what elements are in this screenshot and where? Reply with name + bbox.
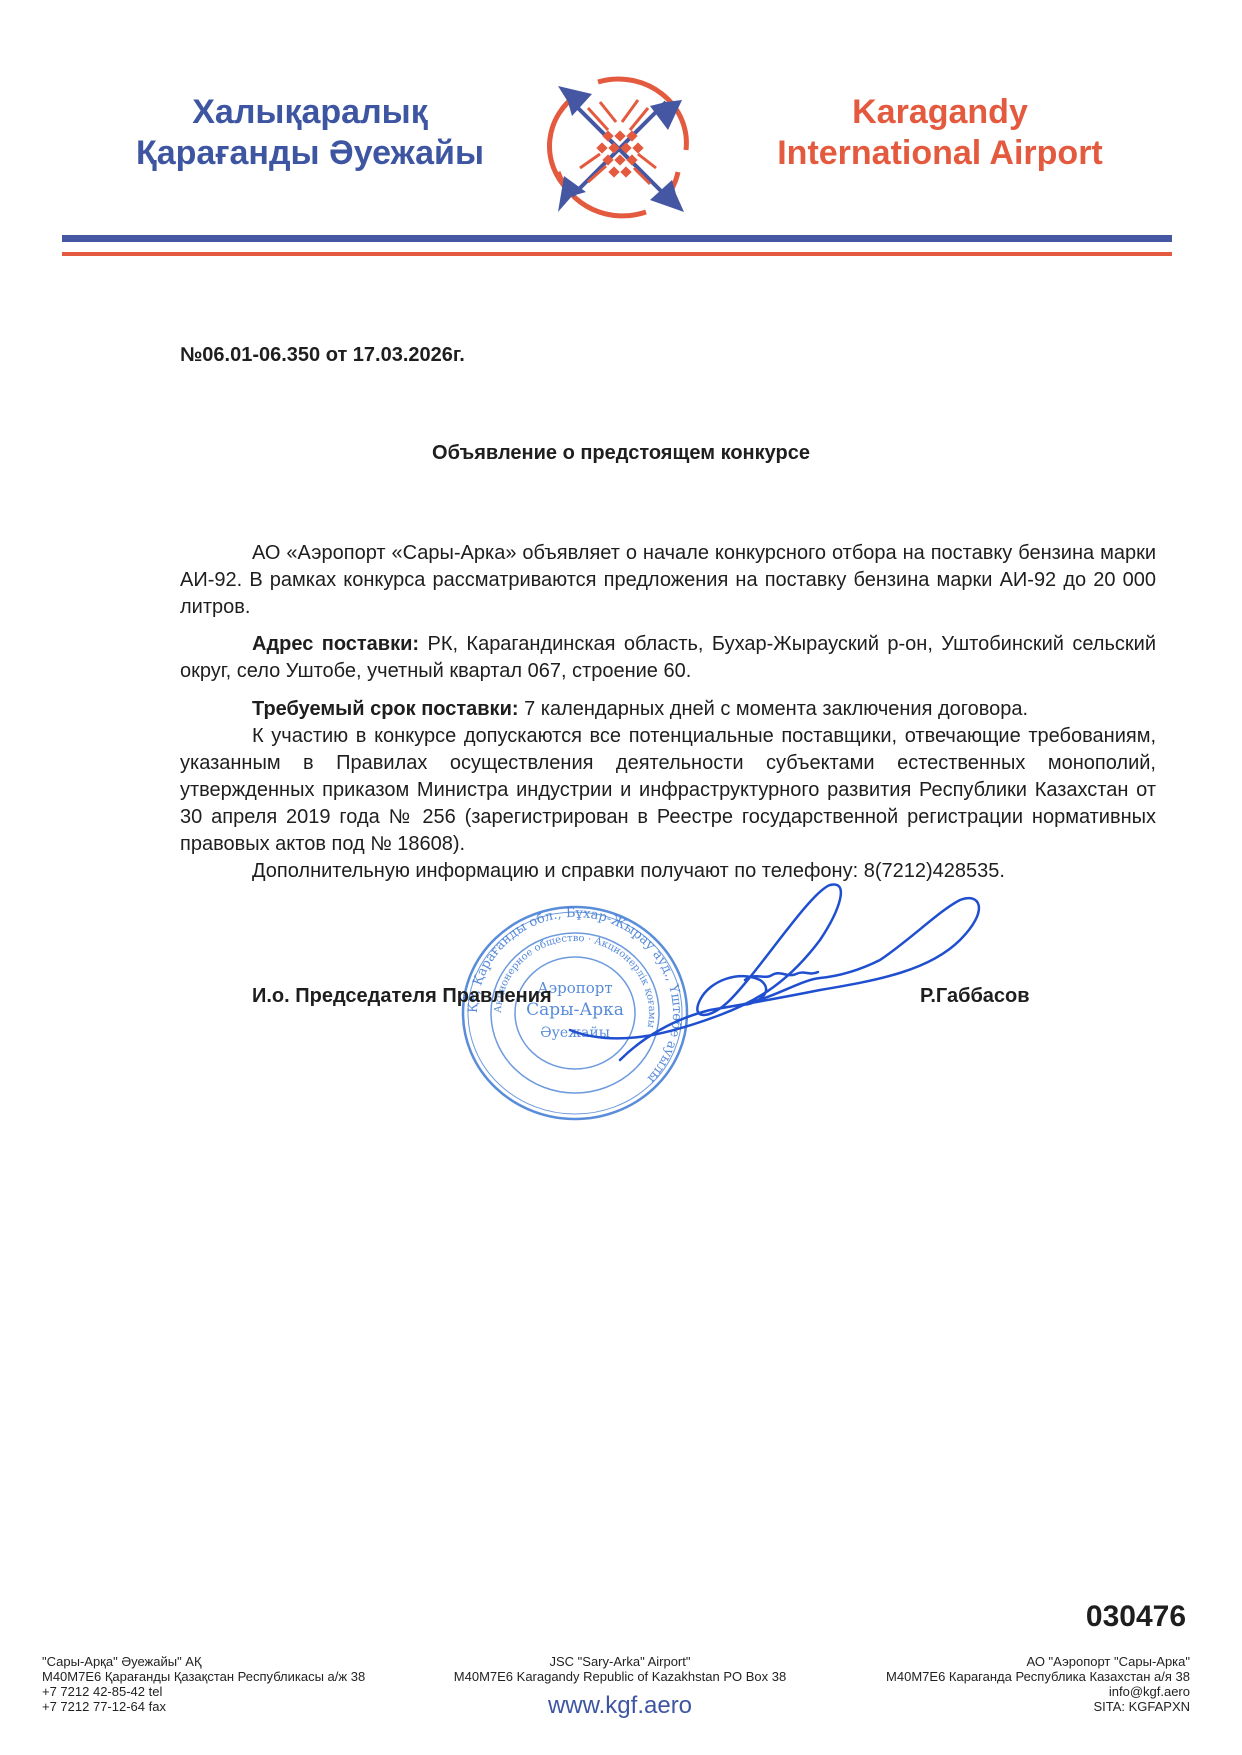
footer-email-link[interactable]: info@kgf.aero	[886, 1684, 1190, 1699]
footer-phone: +7 7212 42-85-42 tel	[42, 1684, 365, 1699]
header-en-line2: International Airport	[740, 133, 1140, 174]
airport-logo-icon	[538, 72, 698, 222]
header-en-name: Karagandy International Airport	[740, 92, 1140, 174]
footer-website-link[interactable]: www.kgf.aero	[420, 1692, 820, 1720]
term-paragraph: Требуемый срок поставки: 7 календарных д…	[180, 696, 1156, 723]
footer-en-company: JSC "Sary-Arka" Airport"	[420, 1654, 820, 1669]
header-divider-red	[62, 252, 1172, 256]
footer-kz-address: M40M7E6 Қарағанды Қазақстан Республикасы…	[42, 1669, 365, 1684]
signatory-role: И.о. Председателя Правления	[252, 985, 552, 1008]
announcement-text: АО «Аэропорт «Сары-Арка» объявляет о нач…	[180, 540, 1156, 621]
term-value: 7 календарных дней с момента заключения …	[519, 698, 1029, 720]
footer-ru-contacts: АО "Аэропорт "Сары-Арка" M40M7E6 Караган…	[886, 1654, 1190, 1714]
document-reference-number: №06.01-06.350 от 17.03.2026г.	[180, 344, 465, 367]
footer-ru-address: M40M7E6 Караганда Республика Казахстан а…	[886, 1669, 1190, 1684]
footer-en-address: M40M7E6 Karagandy Republic of Kazakhstan…	[420, 1669, 820, 1684]
footer-kz-company: "Сары-Арқа" Әуежайы" АҚ	[42, 1654, 365, 1669]
header-en-line1: Karagandy	[740, 92, 1140, 133]
footer-en-contacts: JSC "Sary-Arka" Airport" M40M7E6 Karagan…	[420, 1654, 820, 1684]
address-label: Адрес поставки:	[252, 633, 419, 655]
header-kz-line2: Қарағанды Әуежайы	[130, 133, 490, 174]
document-title: Объявление о предстоящем конкурсе	[0, 442, 1242, 465]
footer-kz-contacts: "Сары-Арқа" Әуежайы" АҚ M40M7E6 Қарағанд…	[42, 1654, 365, 1714]
paragraph-terms: Требуемый срок поставки: 7 календарных д…	[180, 696, 1156, 885]
footer-sita-code: SITA: KGFAPXN	[886, 1699, 1190, 1714]
footer-ru-company: АО "Аэропорт "Сары-Арка"	[886, 1654, 1190, 1669]
header-kz-name: Халықаралық Қарағанды Әуежайы	[130, 92, 490, 174]
term-label: Требуемый срок поставки:	[252, 698, 519, 720]
paragraph-delivery-address: Адрес поставки: РК, Карагандинская облас…	[180, 631, 1156, 685]
handwritten-signature	[560, 880, 1000, 1070]
paragraph-announcement: АО «Аэропорт «Сары-Арка» объявляет о нач…	[180, 540, 1156, 621]
document-serial-number: 030476	[1086, 1600, 1186, 1634]
participation-paragraph: К участию в конкурсе допускаются все пот…	[180, 723, 1156, 858]
address-paragraph: Адрес поставки: РК, Карагандинская облас…	[180, 631, 1156, 685]
header-divider-blue	[62, 235, 1172, 242]
header-kz-line1: Халықаралық	[130, 92, 490, 133]
footer-fax: +7 7212 77-12-64 fax	[42, 1699, 365, 1714]
